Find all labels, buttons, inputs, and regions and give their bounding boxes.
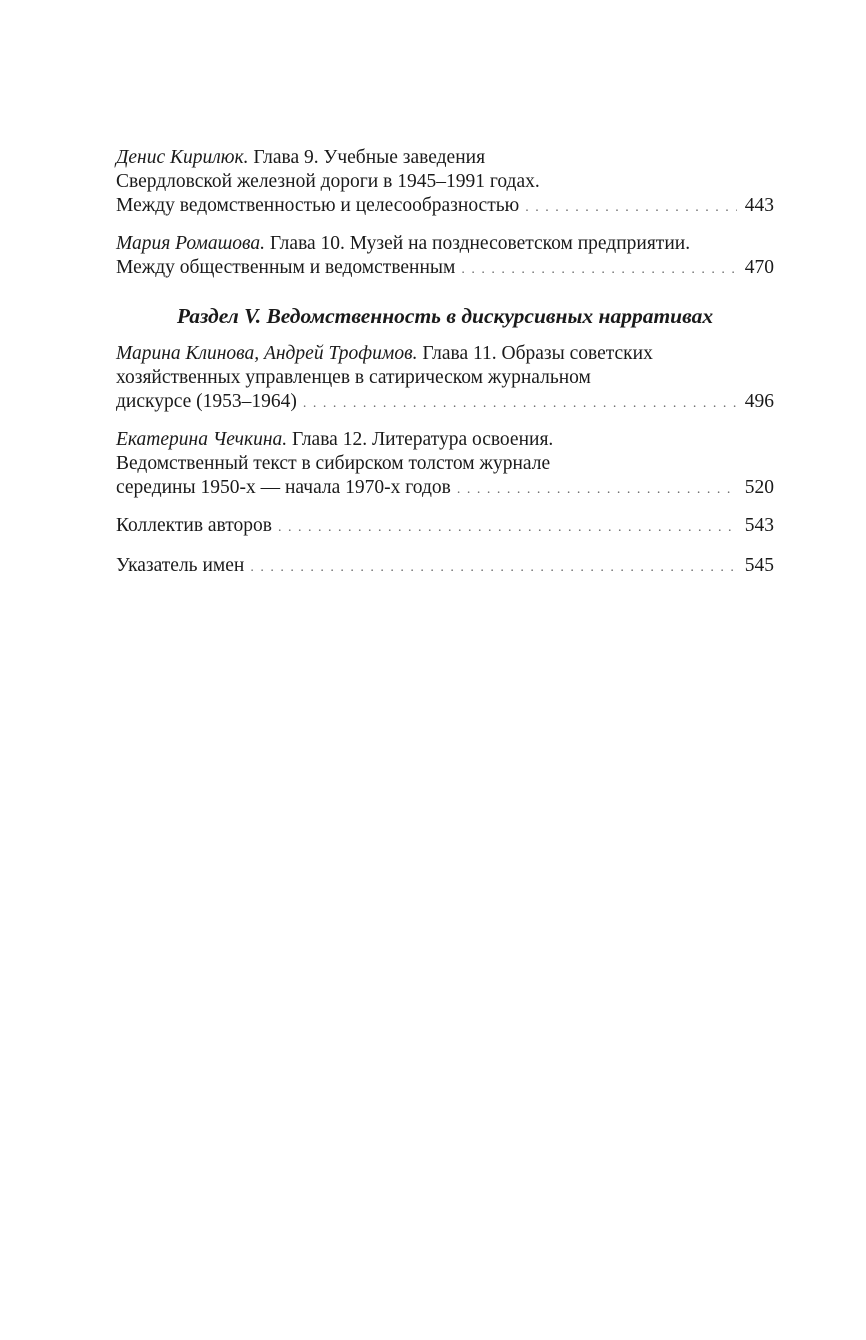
entry-title-part: хозяйственных управленцев в сатирическом… [116, 366, 774, 390]
entry-last-line: дискурсе (1953–1964) 496 [116, 390, 774, 416]
entry-first-line: Мария Ромашова. Глава 10. Музей на поздн… [116, 232, 774, 256]
entry-title-part: дискурсе (1953–1964) [116, 390, 297, 414]
entry-first-line: Марина Клинова, Андрей Трофимов. Глава 1… [116, 342, 774, 366]
entry-title-part: Глава 11. Образы советских [422, 343, 653, 364]
page-number: 543 [745, 514, 774, 538]
dot-leader [461, 258, 736, 282]
entry-author: Денис Кирилюк. [116, 147, 248, 168]
dot-leader [303, 392, 737, 416]
section-heading: Раздел V. Ведомственность в дискурсивных… [116, 304, 774, 328]
entry-last-line: Между ведомственностью и целесообразност… [116, 194, 774, 220]
toc-entry-chapter-10[interactable]: Мария Ромашова. Глава 10. Музей на поздн… [116, 232, 774, 282]
dot-leader [525, 196, 737, 220]
entry-title: Коллектив авторов [116, 514, 272, 538]
page-number: 520 [745, 476, 774, 500]
entry-title-part: Свердловской железной дороги в 1945–1991… [116, 170, 774, 194]
page-number: 443 [745, 194, 774, 218]
entry-title-part: Глава 10. Музей на позднесоветском предп… [270, 233, 690, 254]
toc-entry-contributors[interactable]: Коллектив авторов 543 [116, 514, 774, 540]
entry-last-line: Между общественным и ведомственным 470 [116, 256, 774, 282]
toc-entry-name-index[interactable]: Указатель имен 545 [116, 554, 774, 580]
entry-title-part: Глава 12. Литература освоения. [292, 429, 553, 450]
toc-entry-chapter-9[interactable]: Денис Кирилюк. Глава 9. Учебные заведени… [116, 146, 774, 220]
entry-first-line: Денис Кирилюк. Глава 9. Учебные заведени… [116, 146, 774, 170]
table-of-contents: Денис Кирилюк. Глава 9. Учебные заведени… [116, 146, 774, 594]
toc-entry-chapter-12[interactable]: Екатерина Чечкина. Глава 12. Литература … [116, 428, 774, 502]
entry-title-part: Между ведомственностью и целесообразност… [116, 194, 519, 218]
entry-title: Указатель имен [116, 554, 244, 578]
page-number: 545 [745, 554, 774, 578]
page-number: 470 [745, 256, 774, 280]
entry-author: Мария Ромашова. [116, 233, 265, 254]
toc-entry-chapter-11[interactable]: Марина Клинова, Андрей Трофимов. Глава 1… [116, 342, 774, 416]
entry-title-part: Ведомственный текст в сибирском толстом … [116, 452, 774, 476]
entry-last-line: Коллектив авторов 543 [116, 514, 774, 540]
dot-leader [457, 478, 737, 502]
entry-title-part: Между общественным и ведомственным [116, 256, 455, 280]
entry-title-part: середины 1950-х — начала 1970-х годов [116, 476, 451, 500]
entry-last-line: середины 1950-х — начала 1970-х годов 52… [116, 476, 774, 502]
page-number: 496 [745, 390, 774, 414]
entry-author: Марина Клинова, Андрей Трофимов. [116, 343, 417, 364]
entry-first-line: Екатерина Чечкина. Глава 12. Литература … [116, 428, 774, 452]
entry-author: Екатерина Чечкина. [116, 429, 287, 450]
entry-title-part: Глава 9. Учебные заведения [253, 147, 485, 168]
dot-leader [278, 516, 737, 540]
dot-leader [250, 556, 736, 580]
entry-last-line: Указатель имен 545 [116, 554, 774, 580]
